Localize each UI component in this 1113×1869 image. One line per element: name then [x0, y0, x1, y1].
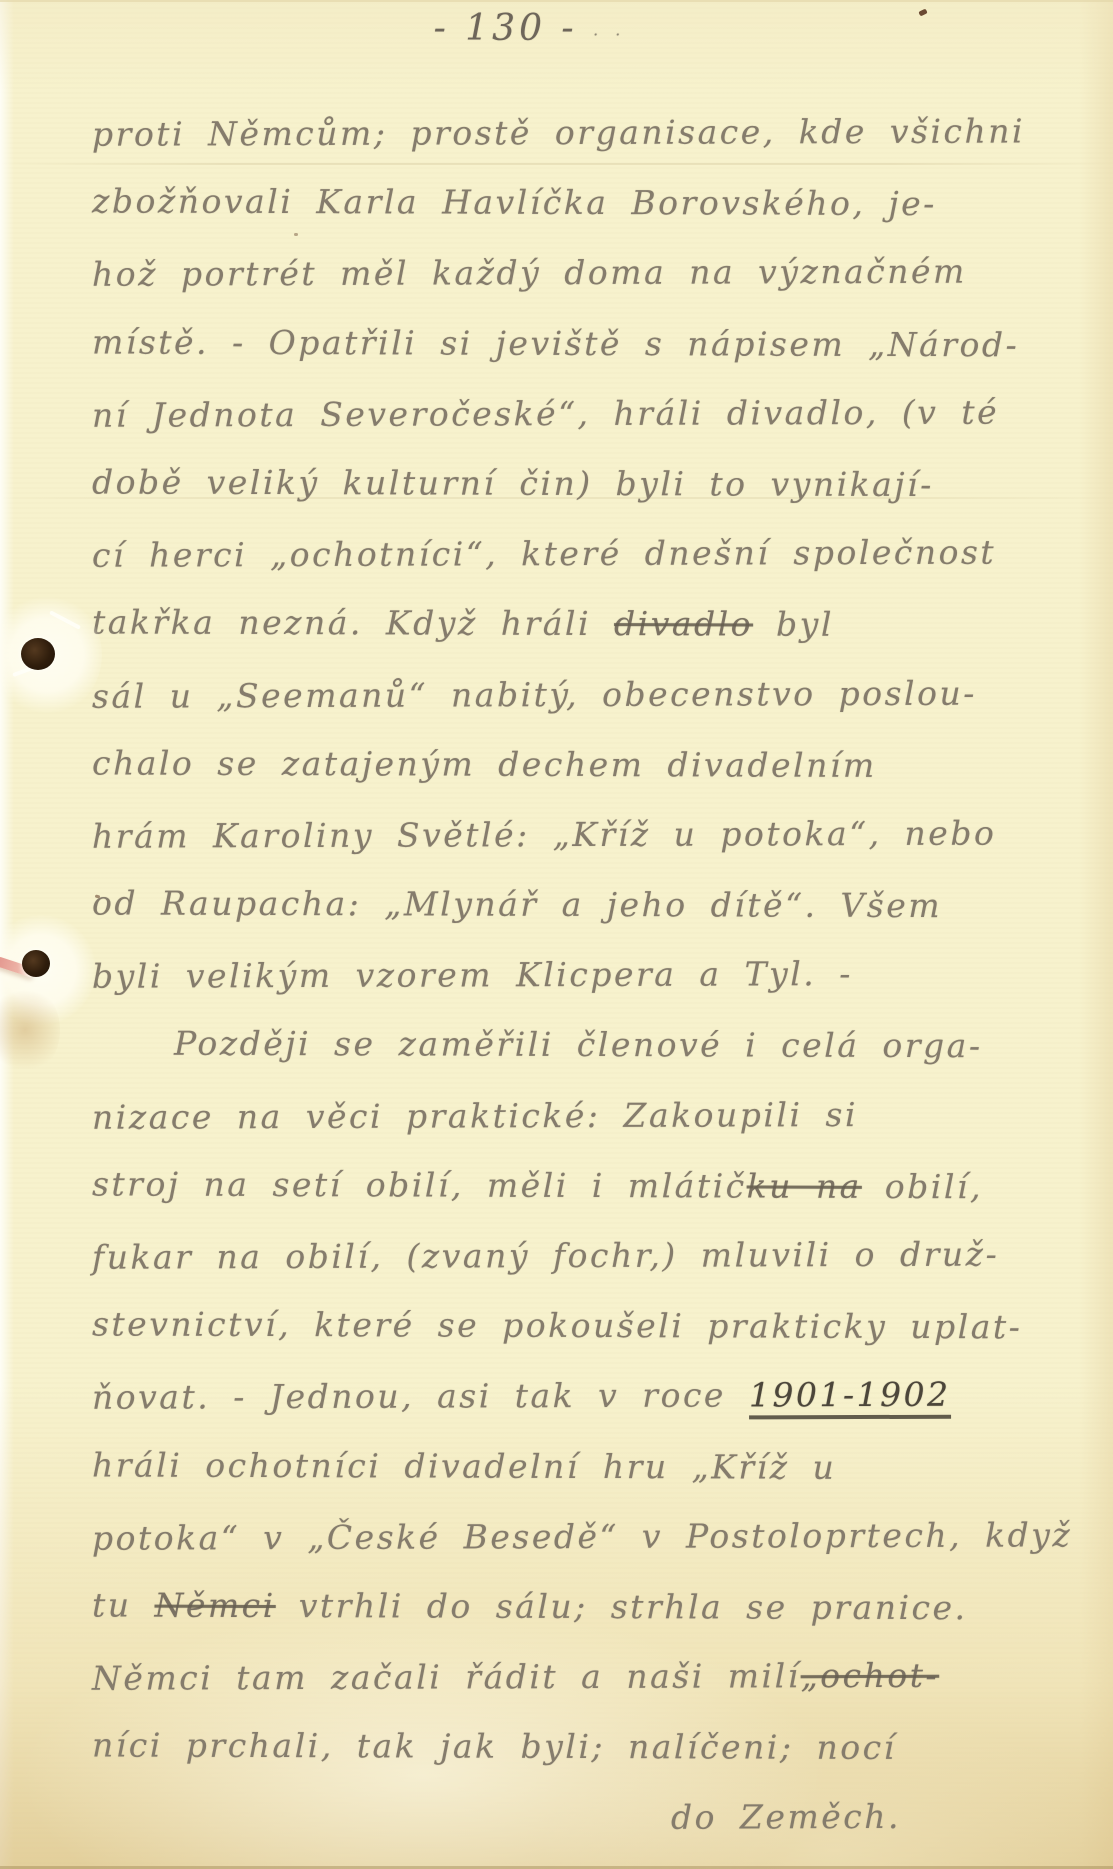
ink-speck	[918, 9, 927, 17]
page-number: - 130 - · ·	[300, 8, 760, 49]
struck-word: „ochot-	[801, 1656, 940, 1695]
handwritten-line: zbožňovali Karla Havlíčka Borovského, je…	[92, 167, 1079, 240]
handwritten-body: proti Němcům; prostě organisace, kde vši…	[92, 98, 1079, 1853]
page-number-marks: · ·	[593, 25, 626, 44]
handwritten-line: stevnictví, které se pokoušeli prakticky…	[92, 1290, 1079, 1363]
handwritten-line: sál u „Seemanů“ nabitý, obecenstvo poslo…	[92, 658, 1079, 732]
handwritten-line: od Raupacha: „Mlynář a jeho dítě“. Všem	[92, 869, 1079, 942]
handwritten-line: takřka nezná. Když hráli divadlo byl	[92, 588, 1079, 661]
handwritten-line-closing: do Zeměch.	[92, 1781, 1079, 1855]
ink-speck	[294, 233, 298, 236]
struck-word: Němci	[154, 1586, 275, 1625]
handwritten-line: byli velikým vzorem Klicpera a Tyl. -	[92, 939, 1079, 1013]
handwritten-line: potoka“ v „České Besedě“ v Postoloprtech…	[92, 1500, 1079, 1574]
handwritten-line: nizace na věci praktické: Zakoupili si	[92, 1079, 1079, 1153]
handwritten-line: místě. - Opatřili si jeviště s nápisem „…	[92, 307, 1079, 380]
handwritten-line: níci prchali, tak jak byli; nalíčeni; no…	[92, 1711, 1079, 1784]
handwritten-line: proti Němcům; prostě organisace, kde vši…	[92, 96, 1079, 170]
handwritten-line-paragraph-start: Později se zaměřili členové i celá orga-	[92, 1009, 1079, 1082]
handwritten-line: cí herci „ochotníci“, které dnešní spole…	[92, 517, 1079, 591]
handwritten-line: chalo se zatajeným dechem divadelním	[92, 728, 1079, 801]
handwritten-line: hož portrét měl každý doma na význačném	[92, 237, 1079, 311]
handwritten-line: fukar na obilí, (zvaný fochr,) mluvili o…	[92, 1219, 1079, 1293]
handwritten-line: stroj na setí obilí, měli i mlátičku na …	[92, 1149, 1079, 1222]
scanned-manuscript-page: - 130 - · · proti Němcům; prostě organis…	[0, 0, 1113, 1869]
underlined-year-range: 1901-1902	[749, 1375, 951, 1420]
handwritten-line: ní Jednota Severočeské“, hráli divadlo, …	[92, 377, 1079, 451]
handwritten-line: době veliký kulturní čin) byli to vynika…	[92, 447, 1079, 520]
struck-word: divadlo	[614, 604, 753, 643]
handwritten-line: Němci tam začali řádit a naši milí„ochot…	[92, 1640, 1079, 1714]
struck-word: ku na	[747, 1166, 862, 1205]
handwritten-line: ňovat. - Jednou, asi tak v roce 1901-190…	[92, 1360, 1079, 1434]
handwritten-line: hráli ochotníci divadelní hru „Kříž u	[92, 1430, 1079, 1503]
page-number-label: - 130 -	[434, 8, 578, 49]
handwritten-line: tu Němci vtrhli do sálu; strhla se prani…	[92, 1570, 1079, 1643]
handwritten-line: hrám Karoliny Světlé: „Kříž u potoka“, n…	[92, 798, 1079, 872]
